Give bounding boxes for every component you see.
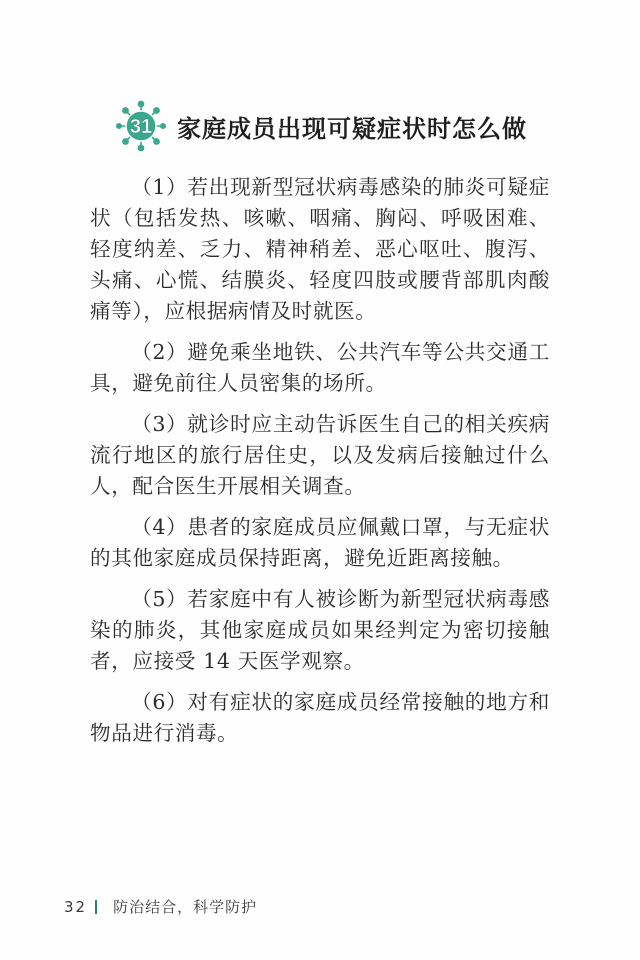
item-label: （4）	[131, 515, 187, 539]
page-number: 32	[64, 898, 87, 916]
item-label: （2）	[131, 340, 187, 364]
paragraph-6: （6）对有症状的家庭成员经常接触的地方和物品进行消毒。	[90, 687, 550, 749]
book-page: 31 家庭成员出现可疑症状时怎么做 （1）若出现新型冠状病毒感染的肺炎可疑症状（…	[0, 0, 640, 960]
paragraph-1: （1）若出现新型冠状病毒感染的肺炎可疑症状（包括发热、咳嗽、咽痛、胸闷、呼吸困难…	[90, 172, 550, 327]
page-footer: 32 防治结合，科学防护	[64, 896, 257, 917]
badge-number: 31	[130, 116, 152, 138]
section-heading: 31 家庭成员出现可疑症状时怎么做	[115, 98, 527, 154]
item-label: （5）	[131, 587, 187, 611]
item-label: （3）	[131, 412, 187, 436]
virus-badge-icon: 31	[115, 100, 167, 152]
paragraph-2: （2）避免乘坐地铁、公共汽车等公共交通工具，避免前往人员密集的场所。	[90, 337, 550, 399]
paragraph-3: （3）就诊时应主动告诉医生自己的相关疾病流行地区的旅行居住史，以及发病后接触过什…	[90, 409, 550, 502]
paragraph-4: （4）患者的家庭成员应佩戴口罩，与无症状的其他家庭成员保持距离，避免近距离接触。	[90, 512, 550, 574]
item-label: （6）	[131, 690, 187, 714]
body-text: （1）若出现新型冠状病毒感染的肺炎可疑症状（包括发热、咳嗽、咽痛、胸闷、呼吸困难…	[90, 172, 550, 759]
item-label: （1）	[131, 175, 187, 199]
footer-divider	[95, 900, 97, 914]
page-title: 家庭成员出现可疑症状时怎么做	[177, 109, 527, 144]
running-section-title: 防治结合，科学防护	[113, 896, 257, 917]
paragraph-5: （5）若家庭中有人被诊断为新型冠状病毒感染的肺炎，其他家庭成员如果经判定为密切接…	[90, 584, 550, 677]
